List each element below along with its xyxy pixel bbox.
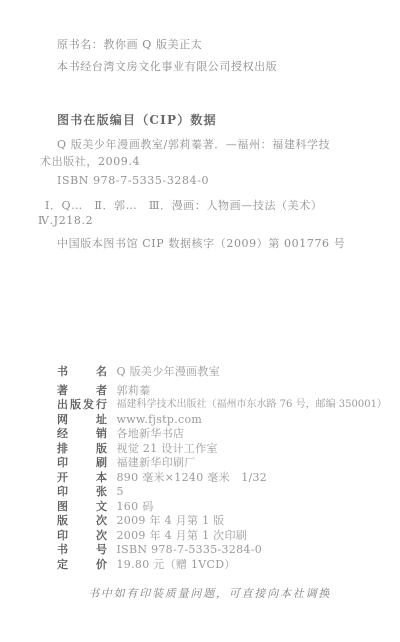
colophon-label-title: 书名	[57, 365, 107, 380]
colophon-row-website: 网址 www.fjstp.com	[57, 413, 387, 428]
colophon-label-website: 网址	[57, 413, 107, 428]
colophon-value-pages: 160 码	[117, 500, 154, 515]
colophon-value-title: Q 版美少年漫画教室	[117, 365, 221, 380]
colophon-row-distribution: 经销 各地新华书店	[57, 427, 387, 442]
original-title-line: 原书名：教你画 Q 版美正太	[57, 36, 202, 52]
cip-heading: 图书在版编目（CIP）数据	[57, 111, 217, 128]
cip-classification-line-1: Ⅰ．Q… Ⅱ．郭… Ⅲ．漫画：人物画—技法（美术）	[45, 197, 322, 213]
cip-classification-line-2: Ⅳ.J218.2	[38, 214, 93, 227]
colophon-row-typesetting: 排版 视觉 21 设计工作室	[57, 442, 387, 457]
colophon-value-typesetting: 视觉 21 设计工作室	[117, 442, 218, 457]
colophon-label-isbn: 书号	[57, 543, 107, 558]
license-line: 本书经台湾文房文化事业有限公司授权出版	[57, 58, 277, 74]
cip-record-number-line: 中国版本图书馆 CIP 数据核字（2009）第 001776 号	[57, 235, 345, 251]
colophon-value-price: 19.80 元（赠 1VCD）	[117, 558, 236, 573]
colophon-label-publisher: 出版发行	[57, 398, 107, 413]
colophon-row-isbn: 书号 ISBN 978-7-5335-3284-0	[57, 543, 387, 558]
cip-entry-line-1: Q 版美少年漫画教室/郭莉蓁著．—福州：福建科学技	[57, 136, 330, 152]
colophon-value-impression: 2009 年 4 月第 1 次印刷	[117, 529, 248, 544]
colophon-label-printing: 印刷	[57, 456, 107, 471]
colophon-row-impression: 印次 2009 年 4 月第 1 次印刷	[57, 529, 387, 544]
colophon-row-pages: 图文 160 码	[57, 500, 387, 515]
colophon-value-format: 890 毫米×1240 毫米 1/32	[117, 471, 268, 486]
colophon-value-isbn: ISBN 978-7-5335-3284-0	[117, 543, 263, 558]
colophon-row-author: 著者 郭莉蓁	[57, 384, 387, 399]
colophon-row-title: 书名 Q 版美少年漫画教室	[57, 365, 387, 380]
colophon-row-sheets: 印张 5	[57, 485, 387, 500]
colophon-value-author: 郭莉蓁	[117, 384, 151, 399]
colophon-value-printing: 福建新华印刷厂	[117, 456, 196, 471]
colophon-label-edition: 版次	[57, 514, 107, 529]
colophon-label-distribution: 经销	[57, 427, 107, 442]
colophon-row-edition: 版次 2009 年 4 月第 1 版	[57, 514, 387, 529]
colophon-label-price: 定价	[57, 558, 107, 573]
colophon-value-website: www.fjstp.com	[117, 413, 203, 428]
cip-isbn-line: ISBN 978-7-5335-3284-0	[57, 174, 209, 187]
copyright-page: 原书名：教你画 Q 版美正太 本书经台湾文房文化事业有限公司授权出版 图书在版编…	[0, 0, 400, 642]
colophon-row-publisher: 出版发行 福建科学技术出版社（福州市东水路 76 号，邮编 350001）	[57, 398, 387, 413]
colophon-label-impression: 印次	[57, 529, 107, 544]
colophon-label-typesetting: 排版	[57, 442, 107, 457]
colophon-value-edition: 2009 年 4 月第 1 版	[117, 514, 225, 529]
colophon-row-printing: 印刷 福建新华印刷厂	[57, 456, 387, 471]
colophon-value-publisher: 福建科学技术出版社（福州市东水路 76 号，邮编 350001）	[117, 398, 387, 413]
colophon-label-sheets: 印张	[57, 485, 107, 500]
colophon-value-sheets: 5	[117, 485, 124, 500]
cip-entry-line-2: 术出版社，2009.4	[40, 153, 140, 169]
colophon-label-author: 著者	[57, 384, 107, 399]
colophon-table: 书名 Q 版美少年漫画教室 著者 郭莉蓁 出版发行 福建科学技术出版社（福州市东…	[57, 365, 387, 572]
colophon-row-format: 开本 890 毫米×1240 毫米 1/32	[57, 471, 387, 486]
quality-exchange-note: 书中如有印装质量问题，可直接向本社调换	[88, 585, 331, 601]
colophon-label-pages: 图文	[57, 500, 107, 515]
colophon-row-price: 定价 19.80 元（赠 1VCD）	[57, 558, 387, 573]
colophon-label-format: 开本	[57, 471, 107, 486]
colophon-value-distribution: 各地新华书店	[117, 427, 185, 442]
